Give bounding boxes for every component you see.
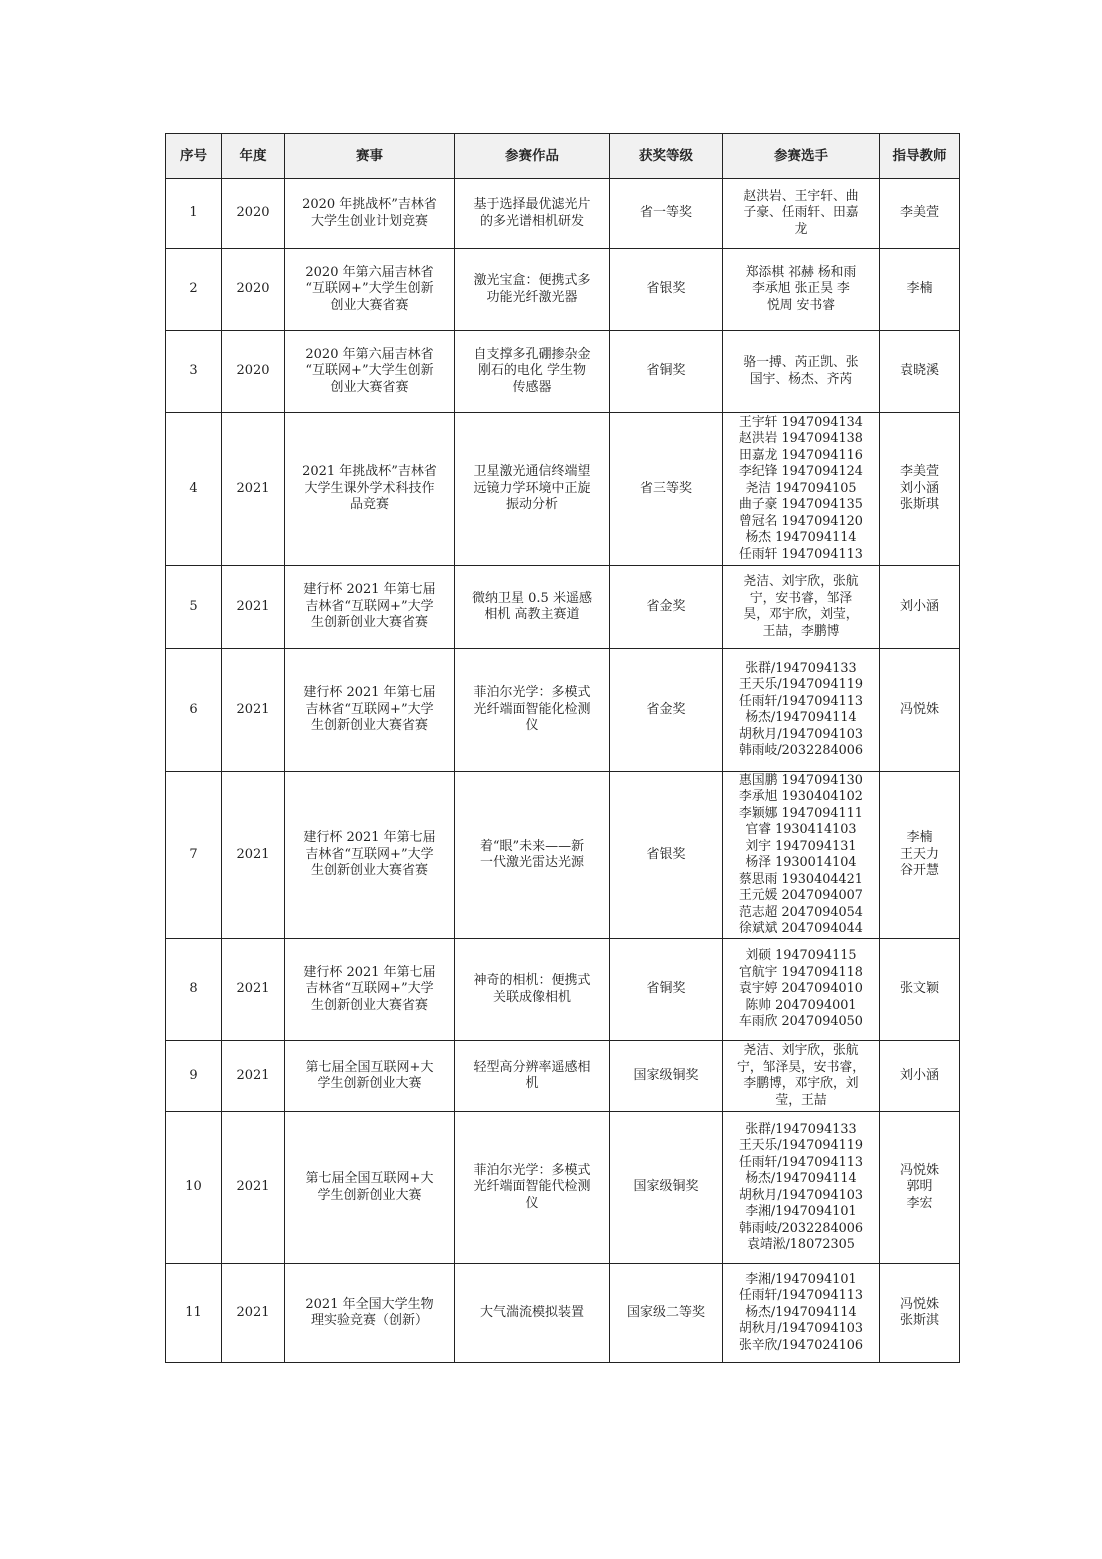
cell-competition-line: 吉林省“互联网+”大学: [289, 981, 450, 998]
cell-work-line: 菲泊尔光学：多模式: [459, 1163, 605, 1180]
cell-teachers-line: 张文颖: [884, 981, 955, 998]
cell-competition-line: “互联网+”大学生创新: [289, 281, 450, 298]
header-work: 参赛作品: [455, 134, 610, 179]
cell-players-line: 赵洪岩 1947094138: [727, 431, 875, 448]
cell-work-line: 神奇的相机：便携式: [459, 973, 605, 990]
cell-competition-line: 生创新创业大赛省赛: [289, 718, 450, 735]
cell-competition-line: 创业大赛省赛: [289, 380, 450, 397]
cell-competition-line: 第七届全国互联网+大: [289, 1171, 450, 1188]
cell-players: 张群/1947094133王天乐/1947094119任雨轩/194709411…: [723, 1112, 880, 1264]
cell-competition: 第七届全国互联网+大学生创新创业大赛: [285, 1112, 455, 1264]
cell-work-line: 轻型高分辨率遥感相: [459, 1060, 605, 1077]
cell-players-line: 任雨轩/1947094113: [727, 1155, 875, 1172]
cell-players-line: 杨杰/1947094114: [727, 1305, 875, 1322]
cell-players-line: 李承旭 张正昊 李: [727, 281, 875, 298]
cell-work: 激光宝盒：便携式多功能光纤激光器: [455, 249, 610, 331]
cell-competition-line: 大学生课外学术科技作: [289, 481, 450, 498]
cell-work: 卫星激光通信终端望远镜力学环境中正旋振动分析: [455, 413, 610, 566]
cell-players-line: 龙: [727, 222, 875, 239]
cell-work: 菲泊尔光学：多模式光纤端面智能化检测仪: [455, 649, 610, 772]
cell-teachers-line: 刘小涵: [884, 481, 955, 498]
cell-award: 省铜奖: [610, 331, 723, 413]
cell-competition-line: 理实验竞赛（创新）: [289, 1313, 450, 1330]
table-row: 92021第七届全国互联网+大学生创新创业大赛轻型高分辨率遥感相机国家级铜奖尧洁…: [166, 1041, 960, 1112]
cell-work-line: 微纳卫星 0.5 米遥感: [459, 591, 605, 608]
cell-competition-line: 2020 年挑战杯”吉林省: [289, 197, 450, 214]
cell-competition-line: 2021 年挑战杯”吉林省: [289, 464, 450, 481]
cell-competition-line: 建行杯 2021 年第七届: [289, 685, 450, 702]
cell-competition: 2020 年第六届吉林省“互联网+”大学生创新创业大赛省赛: [285, 249, 455, 331]
table-body: 120202020 年挑战杯”吉林省大学生创业计划竞赛基于选择最优滤光片的多光谱…: [166, 179, 960, 1363]
cell-work-line: 光纤端面智能化检测: [459, 702, 605, 719]
cell-teachers: 李楠: [880, 249, 960, 331]
cell-index: 3: [166, 331, 222, 413]
cell-competition-line: 第七届全国互联网+大: [289, 1060, 450, 1077]
cell-teachers-line: 袁晓溪: [884, 363, 955, 380]
table-row: 62021建行杯 2021 年第七届吉林省“互联网+”大学生创新创业大赛省赛菲泊…: [166, 649, 960, 772]
cell-work-line: 自支撑多孔硼掺杂金: [459, 347, 605, 364]
cell-year: 2020: [222, 249, 285, 331]
cell-work-line: 关联成像相机: [459, 990, 605, 1007]
cell-index: 9: [166, 1041, 222, 1112]
cell-competition-line: “互联网+”大学生创新: [289, 363, 450, 380]
cell-teachers-line: 刘小涵: [884, 1068, 955, 1085]
cell-competition-line: 品竞赛: [289, 497, 450, 514]
cell-competition-line: 学生创新创业大赛: [289, 1076, 450, 1093]
cell-teachers-line: 冯悦姝: [884, 1297, 955, 1314]
cell-teachers-line: 张斯淇: [884, 1313, 955, 1330]
cell-teachers-line: 李美萱: [884, 464, 955, 481]
cell-players-line: 杨杰/1947094114: [727, 710, 875, 727]
cell-players-line: 车雨欣 2047094050: [727, 1014, 875, 1031]
cell-players-line: 尧洁、刘宇欣，张航: [727, 1043, 875, 1060]
cell-award: 省银奖: [610, 772, 723, 939]
cell-competition: 建行杯 2021 年第七届吉林省“互联网+”大学生创新创业大赛省赛: [285, 649, 455, 772]
cell-teachers-line: 李宏: [884, 1196, 955, 1213]
cell-players-line: 袁靖淞/18072305: [727, 1237, 875, 1254]
cell-players-line: 任雨轩/1947094113: [727, 1288, 875, 1305]
cell-players-line: 李承旭 1930404102: [727, 789, 875, 806]
cell-year: 2021: [222, 566, 285, 649]
cell-award: 省银奖: [610, 249, 723, 331]
cell-teachers: 冯悦姝张斯淇: [880, 1264, 960, 1363]
cell-players-line: 赵洪岩、王宇轩、曲: [727, 189, 875, 206]
cell-work: 神奇的相机：便携式关联成像相机: [455, 939, 610, 1041]
cell-competition-line: 2020 年第六届吉林省: [289, 265, 450, 282]
cell-teachers-line: 张斯琪: [884, 497, 955, 514]
cell-teachers: 刘小涵: [880, 566, 960, 649]
cell-players-line: 蔡思雨 1930404421: [727, 872, 875, 889]
header-index: 序号: [166, 134, 222, 179]
cell-work-line: 菲泊尔光学：多模式: [459, 685, 605, 702]
cell-players-line: 范志超 2047094054: [727, 905, 875, 922]
cell-teachers-line: 李楠: [884, 281, 955, 298]
cell-year: 2020: [222, 331, 285, 413]
cell-players-line: 悦周 安书睿: [727, 298, 875, 315]
cell-competition-line: 吉林省“互联网+”大学: [289, 702, 450, 719]
cell-competition-line: 建行杯 2021 年第七届: [289, 582, 450, 599]
cell-players: 张群/1947094133王天乐/1947094119任雨轩/194709411…: [723, 649, 880, 772]
table-row: 120202020 年挑战杯”吉林省大学生创业计划竞赛基于选择最优滤光片的多光谱…: [166, 179, 960, 249]
cell-players-line: 王元媛 2047094007: [727, 888, 875, 905]
cell-work-line: 相机 高教主赛道: [459, 607, 605, 624]
cell-players: 王宇轩 1947094134赵洪岩 1947094138田嘉龙 19470941…: [723, 413, 880, 566]
cell-year: 2021: [222, 1112, 285, 1264]
cell-competition: 2020 年第六届吉林省“互联网+”大学生创新创业大赛省赛: [285, 331, 455, 413]
cell-teachers-line: 冯悦姝: [884, 702, 955, 719]
cell-work-line: 卫星激光通信终端望: [459, 464, 605, 481]
cell-work-line: 一代激光雷达光源: [459, 855, 605, 872]
cell-players: 赵洪岩、王宇轩、曲子豪、任雨轩、田嘉龙: [723, 179, 880, 249]
cell-players-line: 李颖娜 1947094111: [727, 806, 875, 823]
table-row: 420212021 年挑战杯”吉林省大学生课外学术科技作品竞赛卫星激光通信终端望…: [166, 413, 960, 566]
cell-work-line: 功能光纤激光器: [459, 290, 605, 307]
cell-work-line: 仪: [459, 718, 605, 735]
cell-award: 省金奖: [610, 566, 723, 649]
cell-players-line: 张辛欣/1947024106: [727, 1338, 875, 1355]
cell-players-line: 曲子豪 1947094135: [727, 497, 875, 514]
awards-table: 序号 年度 赛事 参赛作品 获奖等级 参赛选手 指导教师 120202020 年…: [165, 133, 960, 1363]
cell-players-line: 宁，安书睿，邹泽: [727, 591, 875, 608]
cell-teachers: 李楠王天力谷开慧: [880, 772, 960, 939]
cell-competition-line: 2021 年全国大学生物: [289, 1297, 450, 1314]
cell-work: 着“眼”未来——新一代激光雷达光源: [455, 772, 610, 939]
cell-players-line: 杨杰 1947094114: [727, 530, 875, 547]
cell-work-line: 仪: [459, 1196, 605, 1213]
cell-year: 2021: [222, 939, 285, 1041]
cell-players-line: 子豪、任雨轩、田嘉: [727, 205, 875, 222]
cell-year: 2021: [222, 1264, 285, 1363]
cell-award: 省铜奖: [610, 939, 723, 1041]
cell-players-line: 任雨轩 1947094113: [727, 547, 875, 564]
table-row: 1120212021 年全国大学生物理实验竞赛（创新）大气湍流模拟装置国家级二等…: [166, 1264, 960, 1363]
cell-players-line: 王宇轩 1947094134: [727, 415, 875, 432]
cell-year: 2021: [222, 1041, 285, 1112]
cell-teachers: 张文颖: [880, 939, 960, 1041]
cell-work-line: 光纤端面智能代检测: [459, 1179, 605, 1196]
cell-players-line: 曾冠名 1947094120: [727, 514, 875, 531]
cell-players-line: 杨泽 1930014104: [727, 855, 875, 872]
cell-year: 2020: [222, 179, 285, 249]
cell-work: 自支撑多孔硼掺杂金刚石的电化 学生物传感器: [455, 331, 610, 413]
cell-players-line: 胡秋月/1947094103: [727, 1188, 875, 1205]
cell-index: 8: [166, 939, 222, 1041]
cell-players-line: 李湘/1947094101: [727, 1272, 875, 1289]
cell-award: 国家级二等奖: [610, 1264, 723, 1363]
header-competition: 赛事: [285, 134, 455, 179]
table-row: 320202020 年第六届吉林省“互联网+”大学生创新创业大赛省赛自支撑多孔硼…: [166, 331, 960, 413]
cell-index: 1: [166, 179, 222, 249]
header-award: 获奖等级: [610, 134, 723, 179]
cell-competition-line: 学生创新创业大赛: [289, 1188, 450, 1205]
cell-competition: 2021 年挑战杯”吉林省大学生课外学术科技作品竞赛: [285, 413, 455, 566]
cell-players: 尧洁、刘宇欣，张航宁，安书睿，邹泽昊，邓宇欣，刘莹，王喆，李鹏博: [723, 566, 880, 649]
cell-teachers: 袁晓溪: [880, 331, 960, 413]
cell-players-line: 李鹏博，邓宇欣，刘: [727, 1076, 875, 1093]
cell-players-line: 王喆，李鹏博: [727, 624, 875, 641]
cell-players-line: 官航宇 1947094118: [727, 965, 875, 982]
cell-index: 10: [166, 1112, 222, 1264]
cell-players-line: 杨杰/1947094114: [727, 1171, 875, 1188]
cell-work-line: 大气湍流模拟装置: [459, 1305, 605, 1322]
cell-players-line: 徐斌斌 2047094044: [727, 921, 875, 938]
cell-work: 轻型高分辨率遥感相机: [455, 1041, 610, 1112]
cell-teachers: 冯悦姝郭明李宏: [880, 1112, 960, 1264]
cell-players-line: 任雨轩/1947094113: [727, 694, 875, 711]
cell-players-line: 李纪锋 1947094124: [727, 464, 875, 481]
cell-competition: 建行杯 2021 年第七届吉林省“互联网+”大学生创新创业大赛省赛: [285, 939, 455, 1041]
cell-players-line: 张群/1947094133: [727, 1122, 875, 1139]
cell-competition-line: 生创新创业大赛省赛: [289, 615, 450, 632]
cell-index: 5: [166, 566, 222, 649]
cell-award: 国家级铜奖: [610, 1041, 723, 1112]
cell-teachers-line: 谷开慧: [884, 863, 955, 880]
cell-work-line: 传感器: [459, 380, 605, 397]
cell-players-line: 张群/1947094133: [727, 661, 875, 678]
cell-players-line: 官睿 1930414103: [727, 822, 875, 839]
table-row: 82021建行杯 2021 年第七届吉林省“互联网+”大学生创新创业大赛省赛神奇…: [166, 939, 960, 1041]
cell-award: 省三等奖: [610, 413, 723, 566]
cell-teachers-line: 王天力: [884, 847, 955, 864]
cell-award: 省金奖: [610, 649, 723, 772]
cell-players-line: 郑添棋 祁赫 杨和雨: [727, 265, 875, 282]
cell-players: 李湘/1947094101任雨轩/1947094113杨杰/1947094114…: [723, 1264, 880, 1363]
cell-players-line: 田嘉龙 1947094116: [727, 448, 875, 465]
cell-teachers-line: 郭明: [884, 1179, 955, 1196]
cell-players: 郑添棋 祁赫 杨和雨李承旭 张正昊 李悦周 安书睿: [723, 249, 880, 331]
cell-players: 惠国鹏 1947094130李承旭 1930404102李颖娜 19470941…: [723, 772, 880, 939]
cell-work: 微纳卫星 0.5 米遥感相机 高教主赛道: [455, 566, 610, 649]
cell-players-line: 袁宇婷 2047094010: [727, 981, 875, 998]
cell-competition: 2021 年全国大学生物理实验竞赛（创新）: [285, 1264, 455, 1363]
table-header-row: 序号 年度 赛事 参赛作品 获奖等级 参赛选手 指导教师: [166, 134, 960, 179]
cell-players-line: 国宇、杨杰、齐芮: [727, 372, 875, 389]
cell-work-line: 激光宝盒：便携式多: [459, 273, 605, 290]
cell-competition-line: 2020 年第六届吉林省: [289, 347, 450, 364]
table-row: 102021第七届全国互联网+大学生创新创业大赛菲泊尔光学：多模式光纤端面智能代…: [166, 1112, 960, 1264]
cell-year: 2021: [222, 649, 285, 772]
cell-work-line: 基于选择最优滤光片: [459, 197, 605, 214]
cell-work: 基于选择最优滤光片的多光谱相机研发: [455, 179, 610, 249]
cell-competition-line: 创业大赛省赛: [289, 298, 450, 315]
cell-competition: 建行杯 2021 年第七届吉林省“互联网+”大学生创新创业大赛省赛: [285, 772, 455, 939]
cell-index: 6: [166, 649, 222, 772]
cell-teachers: 李美萱: [880, 179, 960, 249]
cell-players-line: 胡秋月/1947094103: [727, 1321, 875, 1338]
document-page: 序号 年度 赛事 参赛作品 获奖等级 参赛选手 指导教师 120202020 年…: [0, 0, 1102, 1559]
cell-year: 2021: [222, 413, 285, 566]
cell-index: 4: [166, 413, 222, 566]
cell-year: 2021: [222, 772, 285, 939]
cell-work-line: 着“眼”未来——新: [459, 839, 605, 856]
cell-competition: 第七届全国互联网+大学生创新创业大赛: [285, 1041, 455, 1112]
cell-players-line: 宁，邹泽昊，安书睿，: [727, 1060, 875, 1077]
cell-players-line: 惠国鹏 1947094130: [727, 773, 875, 790]
cell-players-line: 韩雨岐/2032284006: [727, 1221, 875, 1238]
cell-work: 大气湍流模拟装置: [455, 1264, 610, 1363]
table-row: 52021建行杯 2021 年第七届吉林省“互联网+”大学生创新创业大赛省赛微纳…: [166, 566, 960, 649]
cell-players-line: 尧洁、刘宇欣，张航: [727, 574, 875, 591]
cell-index: 11: [166, 1264, 222, 1363]
cell-competition-line: 生创新创业大赛省赛: [289, 863, 450, 880]
cell-players-line: 李湘/1947094101: [727, 1204, 875, 1221]
cell-award: 国家级铜奖: [610, 1112, 723, 1264]
cell-players-line: 昊，邓宇欣，刘莹，: [727, 607, 875, 624]
cell-players-line: 刘宇 1947094131: [727, 839, 875, 856]
cell-work-line: 刚石的电化 学生物: [459, 363, 605, 380]
cell-work-line: 的多光谱相机研发: [459, 214, 605, 231]
cell-work: 菲泊尔光学：多模式光纤端面智能代检测仪: [455, 1112, 610, 1264]
table-row: 72021建行杯 2021 年第七届吉林省“互联网+”大学生创新创业大赛省赛着“…: [166, 772, 960, 939]
header-players: 参赛选手: [723, 134, 880, 179]
cell-index: 2: [166, 249, 222, 331]
cell-teachers-line: 李美萱: [884, 205, 955, 222]
cell-competition-line: 建行杯 2021 年第七届: [289, 965, 450, 982]
header-teachers: 指导教师: [880, 134, 960, 179]
cell-work-line: 机: [459, 1076, 605, 1093]
cell-competition-line: 建行杯 2021 年第七届: [289, 830, 450, 847]
cell-players-line: 王天乐/1947094119: [727, 1138, 875, 1155]
cell-players-line: 尧洁 1947094105: [727, 481, 875, 498]
cell-index: 7: [166, 772, 222, 939]
cell-competition-line: 大学生创业计划竞赛: [289, 214, 450, 231]
cell-competition: 2020 年挑战杯”吉林省大学生创业计划竞赛: [285, 179, 455, 249]
cell-players-line: 王天乐/1947094119: [727, 677, 875, 694]
cell-teachers-line: 冯悦姝: [884, 1163, 955, 1180]
cell-competition: 建行杯 2021 年第七届吉林省“互联网+”大学生创新创业大赛省赛: [285, 566, 455, 649]
cell-competition-line: 吉林省“互联网+”大学: [289, 599, 450, 616]
header-year: 年度: [222, 134, 285, 179]
cell-competition-line: 吉林省“互联网+”大学: [289, 847, 450, 864]
cell-players: 尧洁、刘宇欣，张航宁，邹泽昊，安书睿，李鹏博，邓宇欣，刘莹，王喆: [723, 1041, 880, 1112]
cell-work-line: 远镜力学环境中正旋: [459, 481, 605, 498]
cell-players: 刘硕 1947094115官航宇 1947094118袁宇婷 204709401…: [723, 939, 880, 1041]
cell-work-line: 振动分析: [459, 497, 605, 514]
cell-players-line: 刘硕 1947094115: [727, 948, 875, 965]
cell-teachers: 李美萱刘小涵张斯琪: [880, 413, 960, 566]
cell-competition-line: 生创新创业大赛省赛: [289, 998, 450, 1015]
cell-teachers: 刘小涵: [880, 1041, 960, 1112]
cell-players-line: 韩雨岐/2032284006: [727, 743, 875, 760]
cell-teachers: 冯悦姝: [880, 649, 960, 772]
cell-players-line: 胡秋月/1947094103: [727, 727, 875, 744]
cell-players: 骆一搏、芮正凯、张国宇、杨杰、齐芮: [723, 331, 880, 413]
cell-players-line: 陈帅 2047094001: [727, 998, 875, 1015]
cell-players-line: 骆一搏、芮正凯、张: [727, 355, 875, 372]
cell-award: 省一等奖: [610, 179, 723, 249]
cell-teachers-line: 李楠: [884, 830, 955, 847]
table-row: 220202020 年第六届吉林省“互联网+”大学生创新创业大赛省赛激光宝盒：便…: [166, 249, 960, 331]
cell-players-line: 莹，王喆: [727, 1093, 875, 1110]
cell-teachers-line: 刘小涵: [884, 599, 955, 616]
